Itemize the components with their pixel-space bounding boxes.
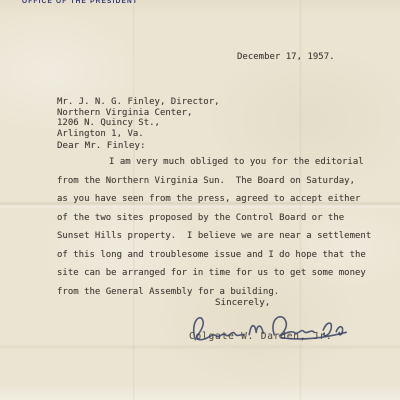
body-line: of this long and troublesome issue and I… <box>57 246 387 265</box>
handwritten-signature-icon <box>182 302 355 352</box>
scanned-letter-page: OFFICE OF THE PRESIDENT December 17, 195… <box>0 0 400 400</box>
body-line: site can be arranged for in time for us … <box>57 264 387 283</box>
body-line: of the two sites proposed by the Control… <box>57 209 387 228</box>
body-line: I am very much obliged to you for the ed… <box>57 153 387 172</box>
date-line: December 17, 1957. <box>237 52 335 62</box>
body-line: Sunset Hills property. I believe we are … <box>57 227 387 246</box>
recipient-line: Arlington 1, Va. <box>57 129 220 140</box>
recipient-line: Northern Virginia Center, <box>57 108 220 119</box>
recipient-line: Mr. J. N. G. Finley, Director, <box>57 97 220 108</box>
salutation: Dear Mr. Finley: <box>57 140 146 151</box>
recipient-address-block: Mr. J. N. G. Finley, Director, Northern … <box>57 97 220 139</box>
recipient-line: 1206 N. Quincy St., <box>57 118 220 129</box>
body-line: from the Northern Virginia Sun. The Boar… <box>57 172 387 191</box>
letterhead-office-line: OFFICE OF THE PRESIDENT <box>22 0 138 5</box>
letter-body-paragraph: I am very much obliged to you for the ed… <box>57 153 387 301</box>
body-line: as you have seen from the press, agreed … <box>57 190 387 209</box>
